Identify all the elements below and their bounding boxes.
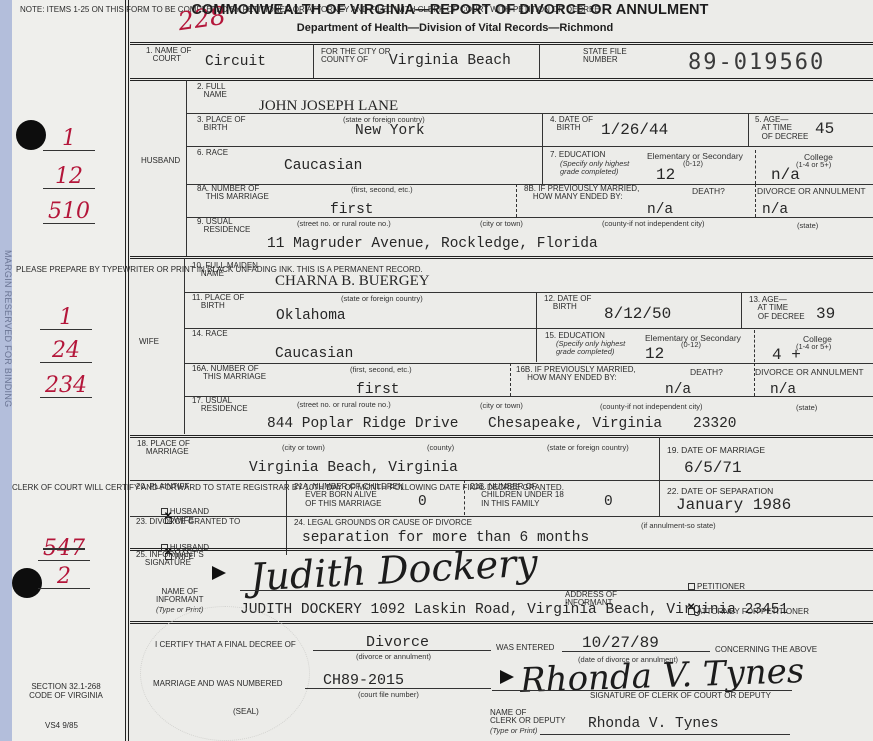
divider [130,435,873,438]
divider [748,113,749,146]
divider [286,480,287,555]
page-title: COMMONWEALTH OF VIRGINIA—REPORT OF DIVOR… [125,2,775,18]
marriage-place: Virginia Beach, Virginia [249,460,458,476]
wife-edu-elem: 12 [645,345,664,363]
divider [186,80,187,256]
divider [464,480,465,515]
husband-edu-elem: 12 [656,166,675,184]
tally-bottom-1-text: 547 [43,536,85,561]
wife-marriage-num-hint: (first, second, etc.) [350,365,412,374]
marriage-hint-state: (state or foreign country) [547,443,629,452]
divider [536,292,537,362]
divider [130,78,873,81]
form-id: VS4 9/85 [45,722,78,731]
informant-signature-label: 25. INFORMANT'S SIGNATURE [136,551,204,568]
wife-race: Caucasian [275,346,353,362]
marriage-place-label: 18. PLACE OF MARRIAGE [137,440,190,457]
marriage-date: 6/5/71 [684,459,742,477]
wife-res-hint-county: (county-if not independent city) [600,402,703,411]
wife-edu-elem-range: (0-12) [681,340,701,349]
husband-race: Caucasian [284,158,362,174]
divider [240,590,873,591]
grounds-label: 24. LEGAL GROUNDS OR CAUSE OF DIVORCE [294,519,472,527]
section-code: SECTION 32.1-268 CODE OF VIRGINIA [26,683,106,700]
husband-race-label: 6. RACE [197,149,228,157]
wife-name: CHARNA B. BUERGEY [275,273,430,290]
husband-section-label: HUSBAND [141,156,180,165]
divider [184,396,873,397]
husband-birthplace: New York [355,123,425,139]
wife-res-hint-state: (state) [796,403,817,412]
binding-margin: MARGIN RESERVED FOR BINDING [0,0,12,741]
children-born: 0 [418,494,427,510]
divider [516,184,517,217]
husband-prev-label: 8b. IF PREVIOUSLY MARRIED, HOW MANY ENDE… [524,185,639,202]
granted-label: 23. DIVORCE GRANTED TO [136,518,240,526]
husband-dob-label: 4. DATE OF BIRTH [550,116,593,133]
tally-mid-2: 24 [40,340,92,363]
wife-dob-label: 12. DATE OF BIRTH [544,295,591,312]
divider [130,516,873,517]
wife-dob: 8/12/50 [604,305,671,323]
wife-edu-college-range: (1-4 or 5+) [796,342,831,351]
husband-birthplace-label: 3. PLACE OF BIRTH [197,116,245,133]
tally-top-2: 12 [43,166,95,189]
file-number-label: STATE FILE NUMBER [583,48,627,65]
tally-bottom-1: 547 [38,538,90,561]
husband-edu-hint: (Specify only highest grade completed) [560,160,629,176]
seal-label: (SEAL) [233,708,259,716]
children-under18-label: 21b. NUMBER OF CHILDREN UNDER 18 IN THIS… [470,483,564,508]
husband-res-hint-city: (city or town) [480,219,523,228]
sign-here-arrow-icon [212,566,226,580]
husband-residence-label: 9. USUAL RESIDENCE [197,218,250,235]
husband-death: n/a [647,202,673,218]
husband-marriage-num: first [330,202,374,218]
husband-edu-college-range: (1-4 or 5+) [796,160,831,169]
marriage-hint-city: (city or town) [282,443,325,452]
wife-race-label: 14. RACE [192,330,228,338]
husband-marriage-num-hint: (first, second, etc.) [351,185,413,194]
wife-res-hint-city: (city or town) [480,401,523,410]
husband-dob: 1/26/44 [601,121,668,139]
wife-divorce-label: DIVORCE OR ANNULMENT [755,367,864,377]
husband-name-label: 2. FULL NAME [197,83,227,100]
divider [186,217,873,218]
wife-age: 39 [816,305,835,323]
city-label: FOR THE CITY OR COUNTY OF [321,48,391,65]
court-file-hint: (court file number) [358,690,419,699]
divider [184,258,185,434]
husband-res-hint-county: (county-if not independent city) [602,219,705,228]
wife-residence-zip: 23320 [693,416,737,432]
divider [184,292,873,293]
divider [510,363,511,396]
wife-name-label: 10. FULL MAIDEN NAME [192,262,258,279]
husband-age: 45 [815,120,834,138]
punch-hole-top [16,120,46,150]
divider [755,184,756,217]
separation-label: 22. DATE OF SEPARATION [667,487,773,495]
clerk-name-label: NAME OF CLERK OR DEPUTY [490,709,566,726]
tally-mid-1: 1 [40,307,92,330]
divider [186,146,873,147]
husband-edu-college: n/a [771,166,800,184]
wife-marriage-num-label: 16a. NUMBER OF THIS MARRIAGE [192,365,266,382]
husband-divorce-label: DIVORCE OR ANNULMENT [757,186,866,196]
wife-prev-label: 16b. IF PREVIOUSLY MARRIED, HOW MANY END… [516,366,636,383]
city-value: Virginia Beach [389,53,511,69]
informant-name-address: JUDITH DOCKERY 1092 Laskin Road, Virgini… [240,602,788,618]
husband-marriage-num-label: 8a. NUMBER OF THIS MARRIAGE [197,185,269,202]
clerk-signature-label: SIGNATURE OF CLERK OF COURT OR DEPUTY [590,692,771,700]
divider [659,437,660,517]
wife-birthplace-hint: (state or foreign country) [341,294,423,303]
tally-bottom-2: 2 [38,566,90,589]
page-subtitle: Department of Health—Division of Vital R… [130,22,780,34]
separation-date: January 1986 [676,496,791,514]
wife-edu-college: 4 + [772,346,801,364]
husband-res-hint-street: (street no. or rural route no.) [297,219,391,228]
husband-death-label: DEATH? [692,186,725,196]
husband-divorce: n/a [762,202,788,218]
entered-date: 10/27/89 [582,634,659,652]
divider [741,292,742,328]
wife-birthplace-label: 11. PLACE OF BIRTH [192,294,244,311]
wife-age-label: 13. AGE— AT TIME OF DECREE [749,296,805,321]
informant-name-label: NAME OF INFORMANT [156,588,204,605]
wife-birthplace: Oklahoma [276,308,346,324]
marriage-date-label: 19. DATE OF MARRIAGE [667,446,765,454]
children-born-label: 21a. NUMBER OF CHILDREN EVER BORN ALIVE … [294,483,404,508]
plaintiff-label: 20. PLAINTIFF [136,483,189,491]
divider [754,330,755,362]
court-label: 1. NAME OF COURT [146,47,191,64]
decree-type: Divorce [366,634,429,651]
children-under18: 0 [604,494,613,510]
wife-res-hint-street: (street no. or rural route no.) [297,400,391,409]
clerk-name-line [540,734,790,735]
tally-mid-3: 234 [40,375,92,398]
court-value: Circuit [205,54,266,70]
court-file-number: CH89-2015 [323,672,404,689]
state-file-number: 89-019560 [688,50,825,75]
grounds-hint: (if annulment-so state) [641,521,716,530]
entered-text: WAS ENTERED [496,644,554,652]
divider [130,480,873,481]
divider [542,113,543,184]
tally-top-3: 510 [43,201,95,224]
wife-edu-hint: (Specify only highest grade completed) [556,340,625,356]
divorce-report-form: MARGIN RESERVED FOR BINDING NOTE: ITEMS … [0,0,873,741]
numbered-text: MARRIAGE AND WAS NUMBERED [153,680,283,688]
divider [184,328,873,329]
divider [539,44,540,78]
divorce-grounds: separation for more than 6 months [302,530,589,546]
court-seal-embossing [140,606,310,741]
tally-top-1: 1 [43,128,95,151]
decree-type-hint: (divorce or annulment) [356,652,431,661]
divider [313,44,314,78]
husband-edu-elem-range: (0-12) [683,159,703,168]
divider [184,363,873,364]
wife-residence-city: Chesapeake, Virginia [488,416,662,432]
margin-column [12,0,125,741]
sign-here-arrow-icon [500,670,514,684]
wife-residence-street: 844 Poplar Ridge Drive [267,416,458,432]
certify-text: I CERTIFY THAT A FINAL DECREE OF [155,641,296,649]
clerk-name: Rhonda V. Tynes [588,716,719,732]
divider [130,42,873,45]
divider [130,256,873,259]
wife-section-label: WIFE [139,337,159,346]
role-petitioner-checkbox[interactable] [688,583,695,590]
clerk-name-hint: (Type or Print) [490,726,537,735]
marriage-hint-county: (county) [427,443,454,452]
wife-residence-label: 17. USUAL RESIDENCE [192,397,248,414]
husband-age-label: 5. AGE— AT TIME OF DECREE [755,116,808,141]
divider [186,113,873,114]
husband-res-hint-state: (state) [797,221,818,230]
wife-death-label: DEATH? [690,367,723,377]
divider [755,150,756,184]
husband-residence: 11 Magruder Avenue, Rockledge, Florida [267,236,598,252]
